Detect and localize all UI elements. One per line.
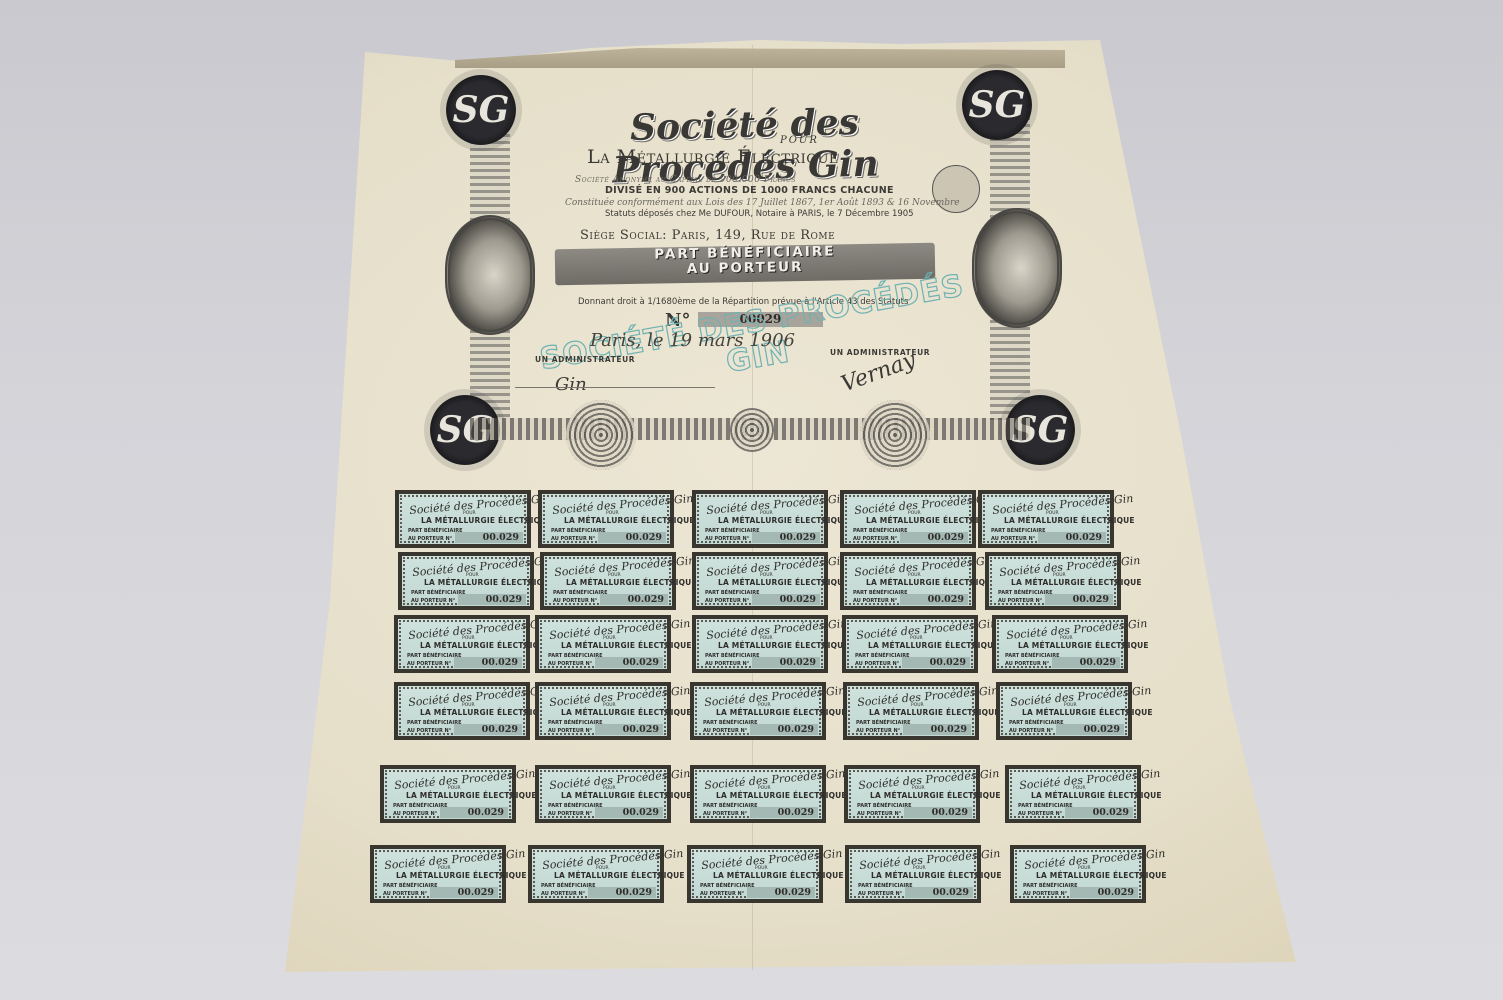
coupon: Société des Procédés GinPOURLA MÉTALLURG… — [690, 765, 826, 823]
coupon-number: 00.029 — [904, 807, 972, 818]
coupon-number: 00.029 — [747, 887, 815, 898]
coupon-company-name: Société des Procédés Gin — [554, 554, 696, 579]
coupon-company-name: Société des Procédés Gin — [1010, 684, 1152, 709]
coupon-label-2: AU PORTEUR N° — [407, 728, 451, 734]
coupon-number: 00.029 — [598, 532, 666, 543]
coupon: Société des Procédés GinPOURLA MÉTALLURG… — [687, 845, 823, 903]
coupon: Société des Procédés GinPOURLA MÉTALLURG… — [1010, 845, 1146, 903]
coupon-purpose: LA MÉTALLURGIE ÉLECTRIQUE — [869, 708, 1000, 717]
coupon: Société des Procédés GinPOURLA MÉTALLURG… — [535, 765, 671, 823]
coupon: Société des Procédés GinPOURLA MÉTALLURG… — [690, 682, 826, 740]
coupon-company-name: Société des Procédés Gin — [549, 767, 691, 792]
coupon-company-name: Société des Procédés Gin — [394, 767, 536, 792]
coupon-number: 00.029 — [752, 657, 820, 668]
coupon-company-name: Société des Procédés Gin — [408, 617, 550, 642]
coupon: Société des Procédés GinPOURLA MÉTALLURG… — [845, 845, 981, 903]
coupon-label-2: AU PORTEUR N° — [541, 891, 585, 897]
coupon-label-2: AU PORTEUR N° — [705, 536, 749, 542]
coupon-label-2: AU PORTEUR N° — [856, 728, 900, 734]
coupon-number: 00.029 — [905, 887, 973, 898]
coupon-label-2: AU PORTEUR N° — [991, 536, 1035, 542]
coupon-label-2: AU PORTEUR N° — [998, 598, 1042, 604]
coupon-company-name: Société des Procédés Gin — [999, 554, 1141, 579]
coupon-company-name: Société des Procédés Gin — [706, 617, 848, 642]
coupon-label-2: AU PORTEUR N° — [858, 891, 902, 897]
coupon: Société des Procédés GinPOURLA MÉTALLURG… — [395, 490, 531, 548]
coupon-number: 00.029 — [1065, 807, 1133, 818]
coupon-purpose: LA MÉTALLURGIE ÉLECTRIQUE — [1004, 516, 1135, 525]
coupon-label-2: AU PORTEUR N° — [703, 728, 747, 734]
coupon-number: 00.029 — [430, 887, 498, 898]
coupon-number: 00.029 — [1070, 887, 1138, 898]
coupon-label-2: AU PORTEUR N° — [393, 811, 437, 817]
coupon-company-name: Société des Procédés Gin — [1019, 767, 1161, 792]
coupon-company-name: Société des Procédés Gin — [408, 684, 550, 709]
coupon: Société des Procédés GinPOURLA MÉTALLURG… — [985, 552, 1121, 610]
coupon-purpose: LA MÉTALLURGIE ÉLECTRIQUE — [554, 871, 685, 880]
coupon-number: 00.029 — [600, 594, 668, 605]
coupon-purpose: LA MÉTALLURGIE ÉLECTRIQUE — [421, 516, 552, 525]
coupon-company-name: Société des Procédés Gin — [412, 554, 554, 579]
coupon: Société des Procédés GinPOURLA MÉTALLURG… — [996, 682, 1132, 740]
coupon-label-2: AU PORTEUR N° — [1018, 811, 1062, 817]
coupon-label-2: AU PORTEUR N° — [1023, 891, 1067, 897]
coupon-label-2: AU PORTEUR N° — [857, 811, 901, 817]
coupon: Société des Procédés GinPOURLA MÉTALLURG… — [978, 490, 1114, 548]
coupon-purpose: LA MÉTALLURGIE ÉLECTRIQUE — [564, 516, 695, 525]
coupon-company-name: Société des Procédés Gin — [1024, 847, 1166, 872]
coupon: Société des Procédés GinPOURLA MÉTALLURG… — [692, 615, 828, 673]
coupon-company-name: Société des Procédés Gin — [854, 492, 996, 517]
coupon-number: 00.029 — [595, 657, 663, 668]
coupon-company-name: Société des Procédés Gin — [549, 617, 691, 642]
coupon-label-2: AU PORTEUR N° — [705, 598, 749, 604]
coupon-company-name: Société des Procédés Gin — [858, 767, 1000, 792]
coupon-label-2: AU PORTEUR N° — [383, 891, 427, 897]
coupon-label-2: AU PORTEUR N° — [700, 891, 744, 897]
coupon-label-2: AU PORTEUR N° — [548, 728, 592, 734]
coupon-label-2: AU PORTEUR N° — [548, 661, 592, 667]
coupon-purpose: LA MÉTALLURGIE ÉLECTRIQUE — [718, 641, 849, 650]
coupon: Société des Procédés GinPOURLA MÉTALLURG… — [844, 765, 980, 823]
coupon: Société des Procédés GinPOURLA MÉTALLURG… — [840, 552, 976, 610]
coupon: Société des Procédés GinPOURLA MÉTALLURG… — [380, 765, 516, 823]
coupon-label-2: AU PORTEUR N° — [703, 811, 747, 817]
coupon: Société des Procédés GinPOURLA MÉTALLURG… — [842, 615, 978, 673]
coupon-purpose: LA MÉTALLURGIE ÉLECTRIQUE — [1031, 791, 1162, 800]
coupon-grid: Société des Procédés GinPOURLA MÉTALLURG… — [0, 0, 1503, 1000]
coupon-number: 00.029 — [454, 657, 522, 668]
coupon-company-name: Société des Procédés Gin — [856, 617, 998, 642]
coupon: Société des Procédés GinPOURLA MÉTALLURG… — [840, 490, 976, 548]
coupon-company-name: Société des Procédés Gin — [704, 767, 846, 792]
coupon-label-2: AU PORTEUR N° — [855, 661, 899, 667]
coupon-label-2: AU PORTEUR N° — [853, 536, 897, 542]
coupon-company-name: Société des Procédés Gin — [854, 554, 996, 579]
coupon: Société des Procédés GinPOURLA MÉTALLURG… — [843, 682, 979, 740]
coupon-number: 00.029 — [1052, 657, 1120, 668]
coupon-number: 00.029 — [595, 807, 663, 818]
coupon-label-2: AU PORTEUR N° — [705, 661, 749, 667]
coupon-purpose: LA MÉTALLURGIE ÉLECTRIQUE — [1011, 578, 1142, 587]
coupon-company-name: Société des Procédés Gin — [857, 684, 999, 709]
coupon-purpose: LA MÉTALLURGIE ÉLECTRIQUE — [561, 791, 692, 800]
coupon-purpose: LA MÉTALLURGIE ÉLECTRIQUE — [420, 708, 551, 717]
coupon-purpose: LA MÉTALLURGIE ÉLECTRIQUE — [561, 641, 692, 650]
coupon-company-name: Société des Procédés Gin — [706, 492, 848, 517]
coupon: Société des Procédés GinPOURLA MÉTALLURG… — [992, 615, 1128, 673]
coupon: Société des Procédés GinPOURLA MÉTALLURG… — [394, 682, 530, 740]
coupon-number: 00.029 — [1045, 594, 1113, 605]
coupon-number: 00.029 — [454, 724, 522, 735]
coupon-label-2: AU PORTEUR N° — [411, 598, 455, 604]
coupon-purpose: LA MÉTALLURGIE ÉLECTRIQUE — [1018, 641, 1149, 650]
coupon-purpose: LA MÉTALLURGIE ÉLECTRIQUE — [871, 871, 1002, 880]
coupon-purpose: LA MÉTALLURGIE ÉLECTRIQUE — [870, 791, 1001, 800]
coupon-company-name: Société des Procédés Gin — [706, 554, 848, 579]
coupon-purpose: LA MÉTALLURGIE ÉLECTRIQUE — [406, 791, 537, 800]
coupon-number: 00.029 — [902, 657, 970, 668]
coupon-number: 00.029 — [458, 594, 526, 605]
coupon-company-name: Société des Procédés Gin — [992, 492, 1134, 517]
coupon: Société des Procédés GinPOURLA MÉTALLURG… — [692, 490, 828, 548]
coupon: Société des Procédés GinPOURLA MÉTALLURG… — [394, 615, 530, 673]
coupon-company-name: Société des Procédés Gin — [542, 847, 684, 872]
coupon-company-name: Société des Procédés Gin — [384, 847, 526, 872]
coupon-label-2: AU PORTEUR N° — [1005, 661, 1049, 667]
coupon-purpose: LA MÉTALLURGIE ÉLECTRIQUE — [396, 871, 527, 880]
coupon-company-name: Société des Procédés Gin — [552, 492, 694, 517]
coupon-label-2: AU PORTEUR N° — [553, 598, 597, 604]
coupon-company-name: Société des Procédés Gin — [1006, 617, 1148, 642]
coupon-purpose: LA MÉTALLURGIE ÉLECTRIQUE — [718, 516, 849, 525]
coupon-label-2: AU PORTEUR N° — [853, 598, 897, 604]
coupon-number: 00.029 — [750, 724, 818, 735]
coupon-company-name: Société des Procédés Gin — [549, 684, 691, 709]
coupon-purpose: LA MÉTALLURGIE ÉLECTRIQUE — [716, 791, 847, 800]
coupon-label-2: AU PORTEUR N° — [407, 661, 451, 667]
coupon-purpose: LA MÉTALLURGIE ÉLECTRIQUE — [561, 708, 692, 717]
coupon-purpose: LA MÉTALLURGIE ÉLECTRIQUE — [1022, 708, 1153, 717]
coupon-purpose: LA MÉTALLURGIE ÉLECTRIQUE — [866, 578, 997, 587]
coupon-number: 00.029 — [455, 532, 523, 543]
coupon-purpose: LA MÉTALLURGIE ÉLECTRIQUE — [420, 641, 551, 650]
coupon-company-name: Société des Procédés Gin — [859, 847, 1001, 872]
coupon-number: 00.029 — [1038, 532, 1106, 543]
coupon-number: 00.029 — [900, 594, 968, 605]
coupon-number: 00.029 — [440, 807, 508, 818]
coupon-number: 00.029 — [900, 532, 968, 543]
coupon: Société des Procédés GinPOURLA MÉTALLURG… — [535, 615, 671, 673]
coupon: Société des Procédés GinPOURLA MÉTALLURG… — [1005, 765, 1141, 823]
coupon: Société des Procédés GinPOURLA MÉTALLURG… — [540, 552, 676, 610]
coupon: Société des Procédés GinPOURLA MÉTALLURG… — [398, 552, 534, 610]
coupon-purpose: LA MÉTALLURGIE ÉLECTRIQUE — [566, 578, 697, 587]
coupon-purpose: LA MÉTALLURGIE ÉLECTRIQUE — [716, 708, 847, 717]
coupon-purpose: LA MÉTALLURGIE ÉLECTRIQUE — [718, 578, 849, 587]
coupon-label-2: AU PORTEUR N° — [408, 536, 452, 542]
coupon: Société des Procédés GinPOURLA MÉTALLURG… — [370, 845, 506, 903]
coupon-number: 00.029 — [752, 532, 820, 543]
coupon-company-name: Société des Procédés Gin — [704, 684, 846, 709]
coupon-number: 00.029 — [750, 807, 818, 818]
coupon-purpose: LA MÉTALLURGIE ÉLECTRIQUE — [713, 871, 844, 880]
coupon-company-name: Société des Procédés Gin — [409, 492, 551, 517]
coupon-purpose: LA MÉTALLURGIE ÉLECTRIQUE — [1036, 871, 1167, 880]
coupon-label-2: AU PORTEUR N° — [1009, 728, 1053, 734]
coupon-purpose: LA MÉTALLURGIE ÉLECTRIQUE — [868, 641, 999, 650]
coupon-purpose: LA MÉTALLURGIE ÉLECTRIQUE — [424, 578, 555, 587]
coupon-number: 00.029 — [1056, 724, 1124, 735]
coupon: Société des Procédés GinPOURLA MÉTALLURG… — [535, 682, 671, 740]
coupon-number: 00.029 — [752, 594, 820, 605]
coupon: Société des Procédés GinPOURLA MÉTALLURG… — [528, 845, 664, 903]
coupon-number: 00.029 — [903, 724, 971, 735]
coupon: Société des Procédés GinPOURLA MÉTALLURG… — [692, 552, 828, 610]
coupon-company-name: Société des Procédés Gin — [701, 847, 843, 872]
coupon-label-2: AU PORTEUR N° — [551, 536, 595, 542]
coupon-number: 00.029 — [595, 724, 663, 735]
coupon-label-2: AU PORTEUR N° — [548, 811, 592, 817]
coupon-number: 00.029 — [588, 887, 656, 898]
coupon: Société des Procédés GinPOURLA MÉTALLURG… — [538, 490, 674, 548]
